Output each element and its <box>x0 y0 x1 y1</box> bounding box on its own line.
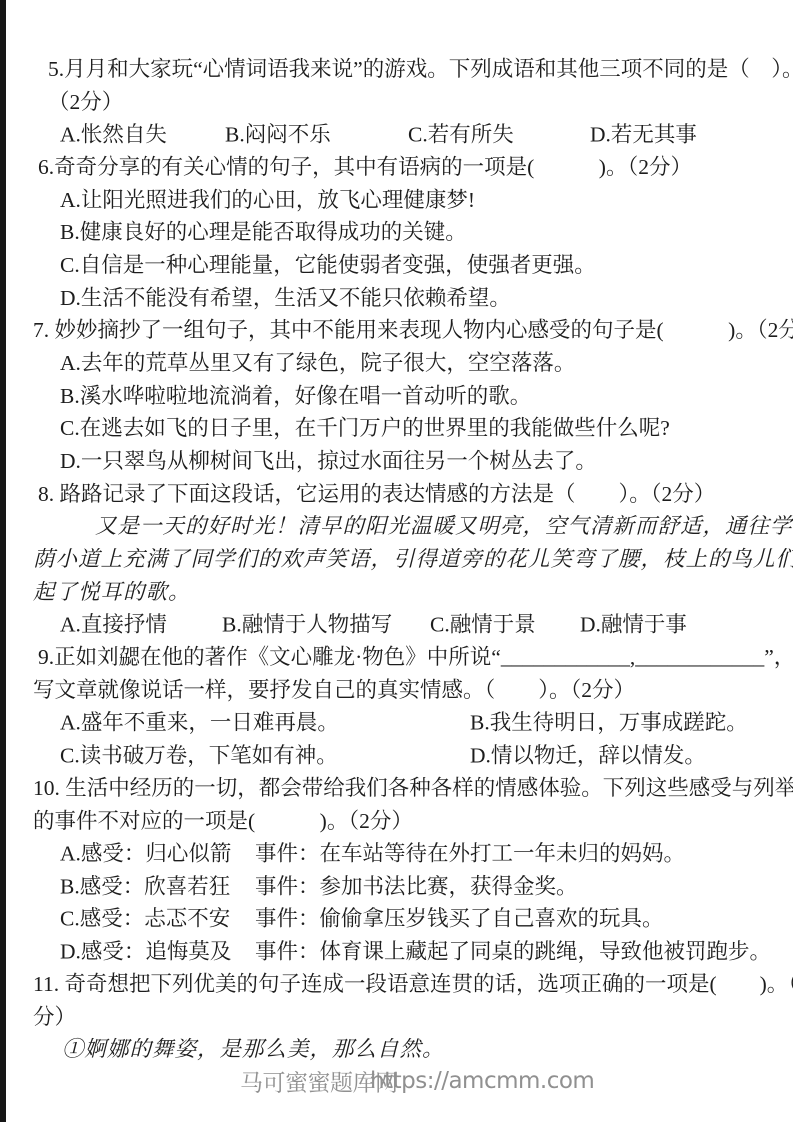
question-11-item-1: ①婀娜的舞姿，是那么美，那么自然。 <box>33 1032 773 1065</box>
question-9-option-c: C.读书破万卷，下笔如有神。 <box>60 738 338 769</box>
question-5-option-a: A.怅然自失 <box>60 117 167 148</box>
question-7-option-a: A.去年的荒草丛里又有了绿色，院子很大，空空落落。 <box>33 345 773 378</box>
question-7-stem: 7. 妙妙摘抄了一组句子，其中不能用来表现人物内心感受的句子是( )。（2分） <box>33 313 773 346</box>
question-9-stem-line-2: 写文章就像说话一样，要抒发自己的真实情感。（ ）。（2分） <box>33 672 773 705</box>
question-8-option-a: A.直接抒情 <box>60 608 167 639</box>
question-6-stem: 6.奇奇分享的有关心情的句子，其中有语病的一项是( )。（2分） <box>33 149 773 182</box>
question-7-option-d: D.一只翠鸟从柳树间飞出，掠过水面往另一个树丛去了。 <box>33 443 773 476</box>
question-6-option-a: A.让阳光照进我们的心田，放飞心理健康梦! <box>33 182 773 215</box>
question-10-row-a: A.感受：归心似箭 事件：在车站等待在外打工一年未归的妈妈。 <box>33 836 773 869</box>
watermark-url: https://amcmm.com <box>370 1068 594 1094</box>
question-7-option-b: B.溪水哗啦啦地流淌着，好像在唱一首动听的歌。 <box>33 378 773 411</box>
question-10-event-c: 事件：偷偷拿压岁钱买了自己喜欢的玩具。 <box>255 902 664 933</box>
question-5-option-c: C.若有所失 <box>408 117 514 148</box>
question-9-option-a: A.盛年不重来，一日难再晨。 <box>60 706 339 737</box>
question-11-stem-line-2: 分） <box>33 999 773 1032</box>
question-6-option-c: C.自信是一种心理能量，它能使弱者变强，使强者更强。 <box>33 247 773 280</box>
question-8-passage-line-3: 起了悦耳的歌。 <box>33 574 773 607</box>
question-11-stem-line-1: 11. 奇奇想把下列优美的句子连成一段语意连贯的话，选项正确的一项是( )。（2 <box>33 966 773 999</box>
footer-watermark: 马可蜜蜜题库网 https://amcmm.com <box>33 1064 773 1097</box>
question-10-stem-line-2: 的事件不对应的一项是( )。（2分） <box>33 803 773 836</box>
question-6-option-b: B.健康良好的心理是能否取得成功的关键。 <box>33 214 773 247</box>
question-8-option-c: C.融情于景 <box>430 608 536 639</box>
exam-page-content: 5.月月和大家玩“心情词语我来说”的游戏。下列成语和其他三项不同的是（ ）。 （… <box>33 51 773 1097</box>
question-8-options-row: A.直接抒情 B.融情于人物描写 C.融情于景 D.融情于事 <box>33 607 773 640</box>
question-8-option-b: B.融情于人物描写 <box>222 608 392 639</box>
question-10-feel-a: A.感受：归心似箭 <box>60 836 231 867</box>
question-8-option-d: D.融情于事 <box>580 608 687 639</box>
question-9-option-b: B.我生待明日，万事成蹉跎。 <box>470 706 748 737</box>
question-10-event-b: 事件：参加书法比赛，获得金奖。 <box>255 869 578 900</box>
question-10-event-d: 事件：体育课上藏起了同桌的跳绳，导致他被罚跑步。 <box>255 934 771 965</box>
question-8-passage-line-2: 荫小道上充满了同学们的欢声笑语，引得道旁的花儿笑弯了腰，枝上的鸟儿们也唱 <box>33 541 773 574</box>
question-5-option-d: D.若无其事 <box>590 117 697 148</box>
question-9-options-row-1: A.盛年不重来，一日难再晨。 B.我生待明日，万事成蹉跎。 <box>33 705 773 738</box>
question-5-option-b: B.闷闷不乐 <box>225 117 331 148</box>
question-8-passage-line-1: 又是一天的好时光！清早的阳光温暖又明亮，空气清新而舒适，通往学校的林 <box>33 509 773 542</box>
question-10-feel-c: C.感受：忐忑不安 <box>60 902 230 933</box>
question-9-options-row-2: C.读书破万卷，下笔如有神。 D.情以物迁，辞以情发。 <box>33 737 773 770</box>
question-9-stem-line-1: 9.正如刘勰在他的著作《文心雕龙·物色》中所说“____________,___… <box>33 639 773 672</box>
question-10-feel-b: B.感受：欣喜若狂 <box>60 869 230 900</box>
question-5-stem: 5.月月和大家玩“心情词语我来说”的游戏。下列成语和其他三项不同的是（ ）。 <box>33 51 773 84</box>
question-7-option-c: C.在逃去如飞的日子里，在千门万户的世界里的我能做些什么呢? <box>33 411 773 444</box>
question-10-row-b: B.感受：欣喜若狂 事件：参加书法比赛，获得金奖。 <box>33 868 773 901</box>
question-9-option-d: D.情以物迁，辞以情发。 <box>470 738 706 769</box>
question-6-option-d: D.生活不能没有希望，生活又不能只依赖希望。 <box>33 280 773 313</box>
question-5-options-row: A.怅然自失 B.闷闷不乐 C.若有所失 D.若无其事 <box>33 116 773 149</box>
question-8-stem: 8. 路路记录了下面这段话，它运用的表达情感的方法是（ ）。（2分） <box>33 476 773 509</box>
scan-edge-shadow <box>0 0 6 1122</box>
question-5-score: （2分） <box>33 84 773 117</box>
question-10-row-d: D.感受：追悔莫及 事件：体育课上藏起了同桌的跳绳，导致他被罚跑步。 <box>33 934 773 967</box>
scanned-exam-page: { "questions": { "q5": { "stem": "5.月月和大… <box>0 0 793 1122</box>
question-10-stem-line-1: 10. 生活中经历的一切，都会带给我们各种各样的情感体验。下列这些感受与列举 <box>33 770 773 803</box>
question-10-row-c: C.感受：忐忑不安 事件：偷偷拿压岁钱买了自己喜欢的玩具。 <box>33 901 773 934</box>
question-10-event-a: 事件：在车站等待在外打工一年未归的妈妈。 <box>255 836 685 867</box>
question-10-feel-d: D.感受：追悔莫及 <box>60 934 231 965</box>
